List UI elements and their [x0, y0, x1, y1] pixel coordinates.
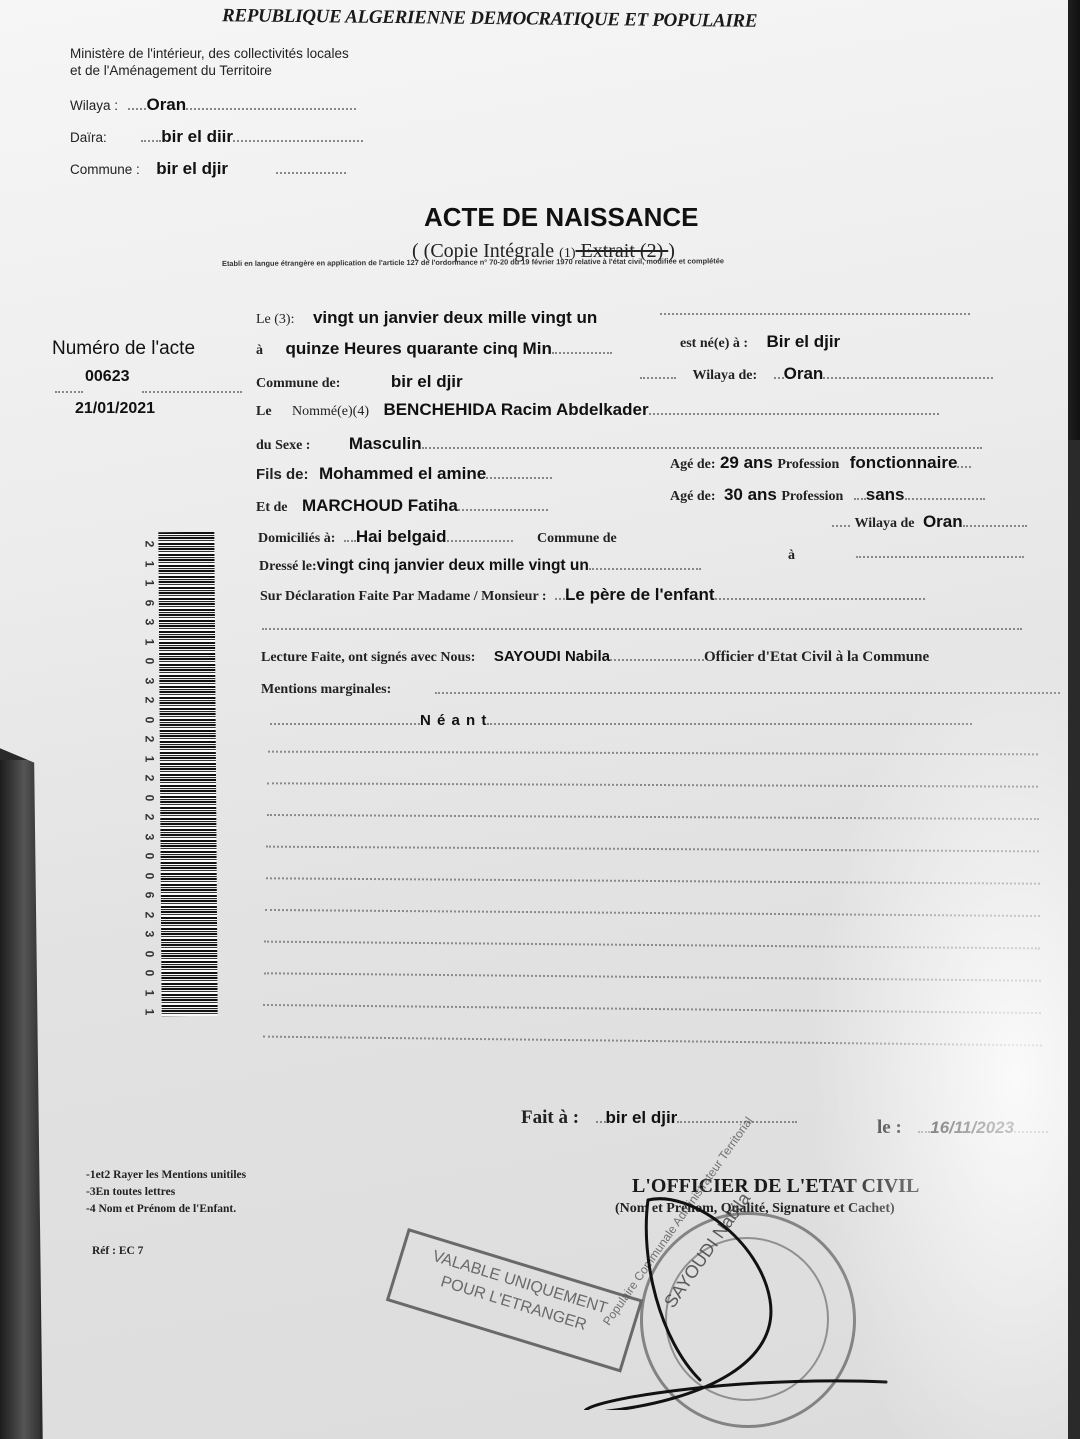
field-declaration: Sur Déclaration Faite Par Madame / Monsi… — [260, 585, 925, 605]
officer-title: L'OFFICIER DE L'ETAT CIVIL — [632, 1175, 919, 1198]
birth-time-value: quinze Heures quarante cinq Min — [285, 339, 551, 358]
child-name-value: BENCHEHIDA Racim Abdelkader — [383, 400, 648, 419]
dresse-value: vingt cinq janvier deux mille vingt un — [317, 557, 589, 574]
barcode-digit: 2 — [143, 814, 155, 821]
barcode-digit: 1 — [143, 638, 155, 645]
commune-label: Commune : — [70, 162, 140, 177]
mother-profession-value: sans — [866, 485, 905, 504]
mentions-value: N é a n t — [420, 712, 487, 729]
barcode-digit: 2 — [143, 775, 155, 782]
barcode-digit: 0 — [143, 872, 155, 879]
wilaya-label: Wilaya : — [70, 98, 118, 113]
barcode-digit: 1 — [143, 580, 155, 587]
barcode-digit: 1 — [143, 755, 155, 762]
barcode-digit: 0 — [143, 853, 155, 860]
father-profession-value: fonctionnaire — [850, 453, 958, 472]
footnote-2: -3En toutes lettres — [86, 1184, 246, 1201]
commune-value: bir el djir — [156, 159, 228, 178]
barcode-digit: 2 — [143, 911, 155, 918]
barcode-digit: 6 — [143, 892, 155, 899]
footnote-3: -4 Nom et Prénom de l'Enfant. — [86, 1201, 246, 1218]
barcode-digit: 2 — [143, 697, 155, 704]
field-child-name: Le Nommé(e)(4) BENCHEHIDA Racim Abdelkad… — [256, 400, 939, 420]
barcode-digit: 2 — [143, 736, 155, 743]
mother-age-value: 30 ans — [724, 485, 777, 504]
field-domicile: Domiciliés à: Hai belgaid Commune de — [258, 527, 617, 547]
father-age-value: 29 ans — [720, 453, 773, 472]
barcode-digit: 0 — [143, 658, 155, 665]
field-date-issue: le : 16/11/2023 — [877, 1117, 1048, 1139]
barcode-digit: 2 — [143, 541, 155, 548]
field-commune-de: Commune de: bir el djir — [256, 372, 463, 392]
sex-value: Masculin — [349, 434, 422, 453]
commune-de-value: bir el djir — [391, 372, 463, 391]
declaration-value: Le père de l'enfant — [565, 585, 715, 604]
field-birth-place: est né(e) à : Bir el djir — [680, 332, 840, 352]
republic-heading: REPUBLIQUE ALGERIENNE DEMOCRATIQUE ET PO… — [222, 5, 757, 33]
daira-label: Daïra: — [70, 130, 107, 145]
legal-notice: Etabli en langue étrangère en applicatio… — [222, 256, 724, 268]
header-daira: Daïra: bir el diir — [70, 127, 363, 147]
birth-certificate-page: REPUBLIQUE ALGERIENNE DEMOCRATIQUE ET PO… — [0, 0, 1068, 1439]
officer-name-value: SAYOUDI Nabila — [494, 648, 610, 665]
acte-number-label: Numéro de l'acte — [52, 338, 195, 360]
footnote-1: -1et2 Rayer les Mentions unitiles — [86, 1167, 246, 1184]
field-mentions: Mentions marginales: — [261, 680, 391, 698]
reference: Réf : EC 7 — [92, 1245, 143, 1257]
field-dresse: Dressé le:vingt cinq janvier deux mille … — [259, 557, 701, 575]
blank-line — [266, 877, 1040, 884]
field-date-birth: Le (3): vingt un janvier deux mille ving… — [256, 308, 597, 328]
field-lecture: Lecture Faite, ont signés avec Nous: SAY… — [261, 648, 929, 666]
fait-a-value: bir el djir — [606, 1108, 678, 1127]
field-mentions-value: N é a n t — [270, 712, 972, 730]
birth-place-value: Bir el djir — [766, 332, 840, 351]
barcode-digit: 0 — [143, 716, 155, 723]
valable-stamp: VALABLE UNIQUEMENT POUR L'ETRANGER — [386, 1228, 643, 1373]
blank-line — [263, 1036, 1042, 1047]
acte-number: 00623 — [85, 368, 130, 386]
blank-line — [266, 846, 1039, 853]
barcode-digit: 1 — [143, 560, 155, 567]
document-title: ACTE DE NAISSANCE — [424, 202, 698, 233]
field-father-age-profession: Agé de: 29 ans Profession fonctionnaire — [670, 453, 971, 473]
acte-date: 21/01/2021 — [75, 400, 155, 418]
daira-value: bir el diir — [161, 127, 233, 146]
ministry-line-1: Ministère de l'intérieur, des collectivi… — [70, 45, 349, 62]
barcode-digit: 6 — [143, 599, 155, 606]
barcode-digit: 1 — [143, 1009, 155, 1016]
footnotes: -1et2 Rayer les Mentions unitiles -3En t… — [86, 1167, 246, 1218]
field-father: Fils de: Mohammed el amine — [256, 464, 552, 484]
ministry-line-2: et de l'Aménagement du Territoire — [70, 62, 349, 79]
wilaya-value: Oran — [146, 95, 186, 114]
field-time-birth: à quinze Heures quarante cinq Min — [256, 339, 612, 359]
field-mother: Et de MARCHOUD Fatiha — [256, 496, 548, 516]
birth-date-value: vingt un janvier deux mille vingt un — [313, 308, 597, 327]
domicile-wilaya-value: Oran — [923, 512, 963, 531]
field-fait-a: Fait à : bir el djir — [521, 1107, 797, 1129]
dresse-a-label: à — [788, 548, 795, 564]
barcode-digit: 0 — [143, 950, 155, 957]
field-domicile-wilaya: Wilaya de Oran — [832, 512, 1027, 532]
issue-date-value: 16/11/2023 — [930, 1118, 1014, 1137]
barcode-digit: 0 — [143, 794, 155, 801]
barcode — [158, 532, 217, 1016]
header-wilaya: Wilaya : Oran — [70, 95, 356, 115]
domicile-value: Hai belgaid — [356, 527, 447, 546]
barcode-digit: 3 — [143, 677, 155, 684]
field-mother-age-profession: Agé de: 30 ans Profession sans — [670, 485, 985, 505]
blank-line — [263, 1004, 1041, 1014]
blank-line — [265, 909, 1040, 917]
father-name-value: Mohammed el amine — [319, 464, 486, 483]
field-sex: du Sexe : Masculin — [256, 434, 982, 454]
blank-line — [268, 751, 1038, 756]
blank-line — [267, 782, 1038, 787]
blank-line — [264, 972, 1041, 981]
barcode-digit: 1 — [143, 989, 155, 996]
barcode-digits: 2116310320212023006230011 — [141, 538, 157, 1018]
barcode-digit: 3 — [143, 931, 155, 938]
barcode-digit: 3 — [143, 619, 155, 626]
blank-line — [267, 814, 1039, 820]
blank-line — [264, 941, 1040, 950]
ministry-block: Ministère de l'intérieur, des collectivi… — [70, 45, 349, 79]
header-commune: Commune : bir el djir — [70, 159, 346, 179]
official-round-stamp — [640, 1212, 856, 1428]
mother-name-value: MARCHOUD Fatiha — [302, 496, 458, 515]
background-left — [0, 760, 40, 1439]
wilaya-de-value: Oran — [784, 364, 824, 383]
field-wilaya-de: Wilaya de: Oran — [640, 364, 993, 384]
barcode-digit: 3 — [143, 833, 155, 840]
barcode-digit: 0 — [143, 970, 155, 977]
